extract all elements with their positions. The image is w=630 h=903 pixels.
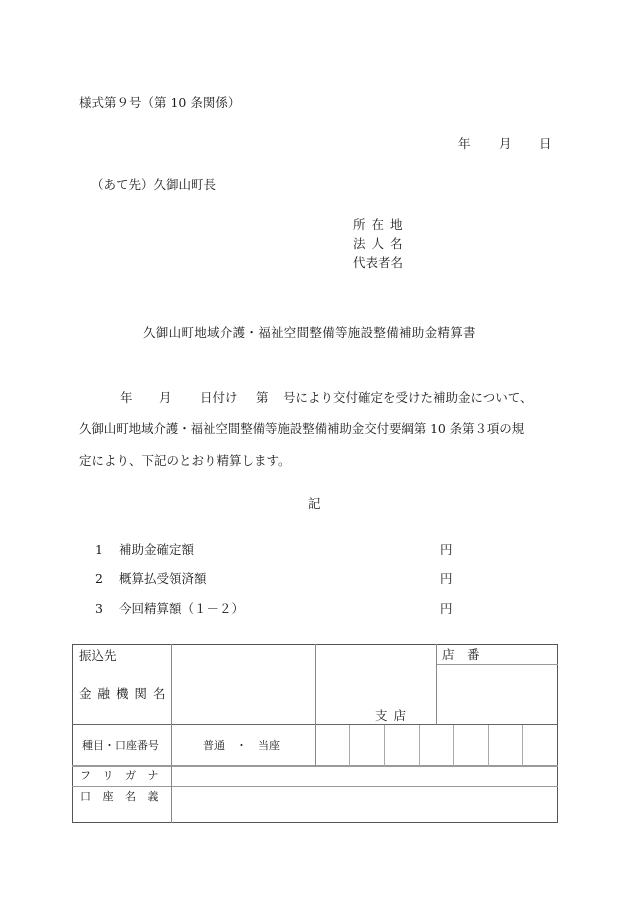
account-holder-label: 口 座 名 義 (80, 791, 163, 802)
table-col-divider (315, 644, 316, 766)
item-2-number: 2 (95, 573, 103, 586)
branch-number-divider (436, 664, 558, 665)
corporation-label: 法 人 名 (353, 238, 403, 251)
body-dai: 第 (256, 392, 269, 405)
account-digit-divider (488, 725, 489, 766)
date-year: 年 (458, 138, 471, 151)
transfer-to-label: 振込先 (79, 650, 117, 663)
address-label: 所 在 地 (353, 219, 403, 232)
table-col-divider (436, 644, 437, 725)
body-month: 月 (159, 392, 172, 405)
furigana-label: フ リ ガ ナ (80, 770, 163, 781)
body-year: 年 (120, 392, 133, 405)
table-row-divider (72, 786, 558, 787)
item-3-unit: 円 (440, 603, 453, 616)
account-digit-divider (453, 725, 454, 766)
account-digit-divider (419, 725, 420, 766)
account-type-label: 種目・口座番号 (82, 740, 159, 751)
item-2-unit: 円 (440, 573, 453, 586)
branch-number-label: 店 番 (442, 649, 480, 662)
item-1-label: 補助金確定額 (119, 544, 194, 557)
ki-heading: 記 (308, 498, 321, 511)
addressee: （あて先）久御山町長 (91, 179, 216, 192)
representative-label: 代表者名 (353, 257, 403, 270)
body-line1-rest: 号により交付確定を受けた補助金について、 (283, 392, 533, 405)
account-type-options: 普通 ・ 当座 (203, 740, 280, 751)
form-number: 様式第９号（第 10 条関係） (79, 97, 240, 110)
item-3-number: 3 (95, 603, 103, 616)
body-line3: 定により、下記のとおり精算します。 (79, 455, 291, 468)
item-1-unit: 円 (440, 544, 453, 557)
account-digit-divider (349, 725, 350, 766)
body-day-dated: 日付け (200, 392, 238, 405)
date-day: 日 (539, 138, 552, 151)
body-line2: 久御山町地域介護・福祉空間整備等施設整備補助金交付要綱第 10 条第３項の規 (79, 423, 524, 436)
table-col-divider (171, 644, 172, 823)
bank-name-label: 金 融 機 関 名 (79, 688, 166, 701)
account-digit-divider (384, 725, 385, 766)
date-month: 月 (499, 138, 512, 151)
item-3-label: 今回精算額（１－２） (119, 603, 244, 616)
item-1-number: 1 (95, 544, 103, 557)
item-2-label: 概算払受領済額 (119, 573, 207, 586)
branch-label: 支 店 (375, 710, 407, 723)
document-title: 久御山町地域介護・福祉空間整備等施設整備補助金精算書 (143, 327, 476, 340)
account-digit-divider (522, 725, 523, 766)
